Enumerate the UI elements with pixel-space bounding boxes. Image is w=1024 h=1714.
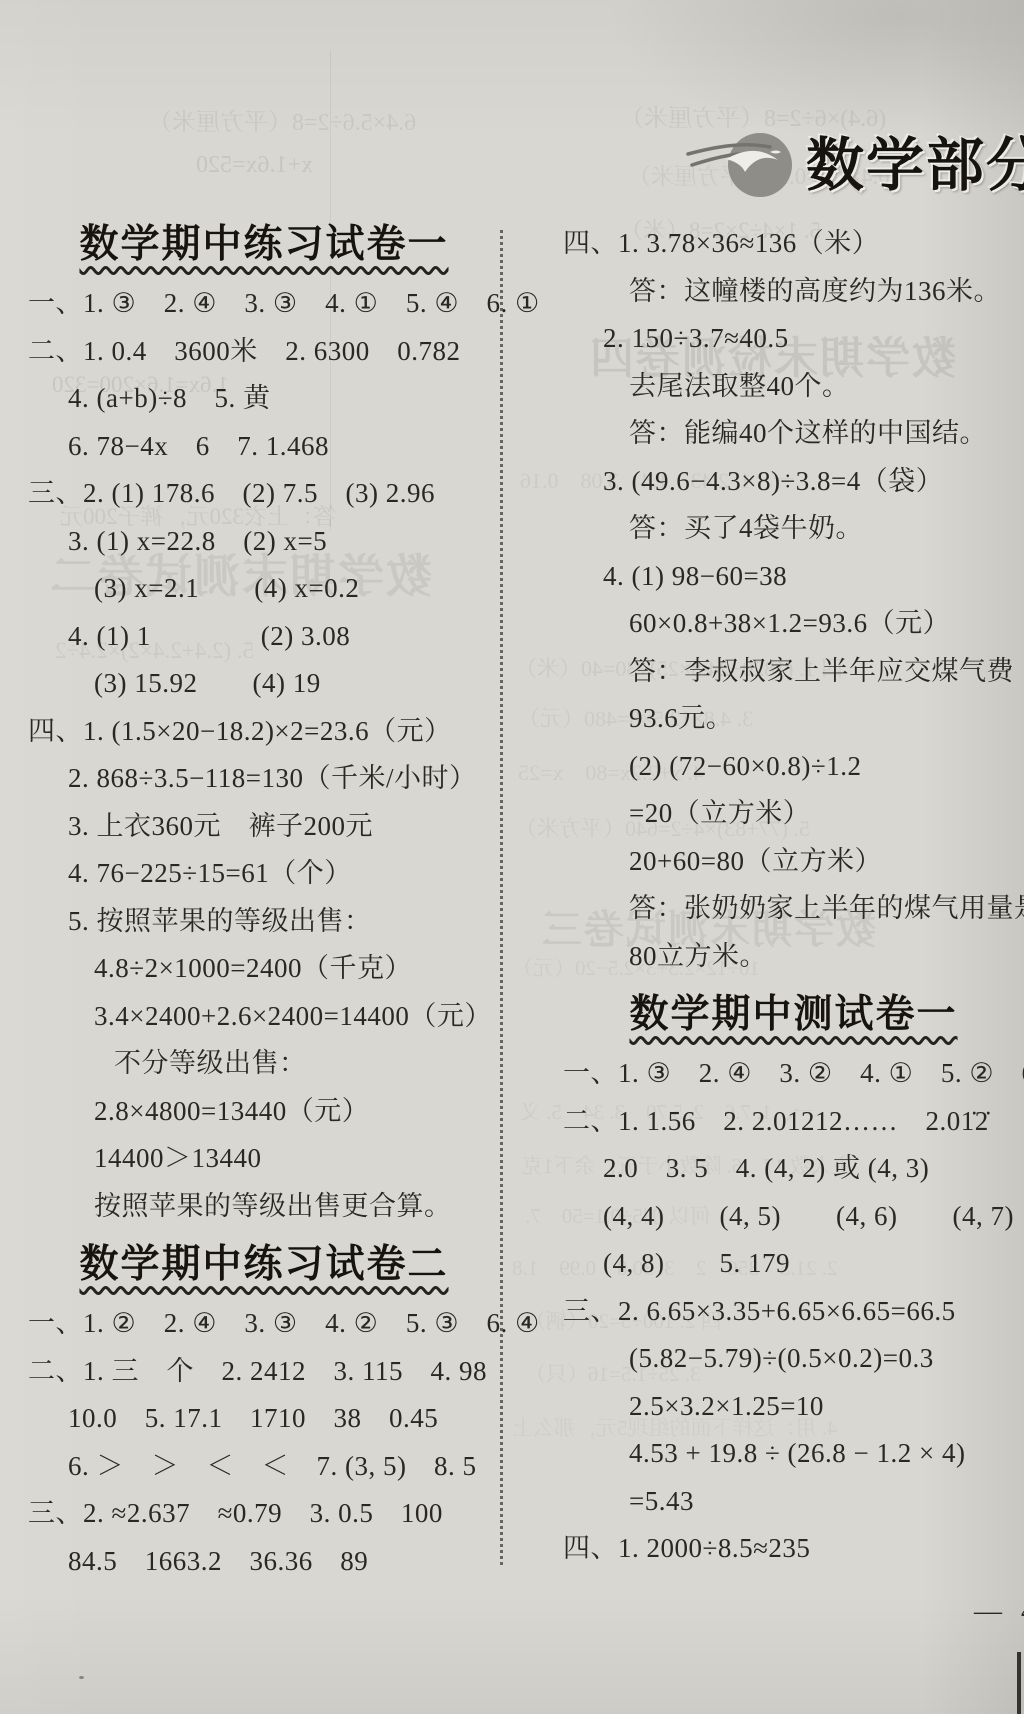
answer-line: (5.82−5.79)÷(0.5×0.2)=0.3 — [563, 1335, 1024, 1383]
answer-line: 四、1. (1.5×20−18.2)×2=23.6（元） — [28, 708, 500, 756]
right-column: 四、1. 3.78×36≈136（米）答：这幢楼的高度约为136米。2. 150… — [503, 210, 1024, 1573]
answer-line: 20+60=80（立方米） — [563, 838, 1024, 886]
bleed-through-text: x+1.6x=520 — [196, 152, 313, 179]
answer-line: 2.0 3. 5 4. (4, 2) 或 (4, 3) — [563, 1145, 1024, 1193]
answer-line: 二、1. 1.56 2. 2.01212…… 2.01̇2̇ — [563, 1098, 1024, 1146]
column-divider — [500, 230, 503, 1565]
answer-line: 5. 按照苹果的等级出售： — [28, 898, 500, 946]
answer-line: 三、2. (1) 178.6 (2) 7.5 (3) 2.96 — [28, 470, 500, 518]
answer-line: 三、2. ≈2.637 ≈0.79 3. 0.5 100 — [28, 1490, 500, 1538]
answer-line: 6. 78−4x 6 7. 1.468 — [28, 423, 500, 471]
answer-line: 4.53 + 19.8 ÷ (26.8 − 1.2 × 4) — [563, 1430, 1024, 1478]
answer-line: 2. 150÷3.7≈40.5 — [563, 315, 1024, 363]
answer-line: 不分等级出售： — [28, 1040, 500, 1088]
answer-line: 三、2. 6.65×3.35+6.65×6.65=66.5 — [563, 1288, 1024, 1336]
answer-line: 答：张奶奶家上半年的煤气用量是 — [563, 885, 1024, 933]
section-heading: 数学期中练习试卷一 — [28, 220, 500, 270]
answer-line: (2) (72−60×0.8)÷1.2 — [563, 743, 1024, 791]
answer-line: 3. (49.6−4.3×8)÷3.8=4（袋） — [563, 458, 1024, 506]
swoosh-bird-logo-icon — [684, 120, 810, 206]
bleed-through-text: 6.4×5.6÷2=8（平方厘米） — [148, 102, 416, 137]
section-heading-text: 数学期中练习试卷一 — [79, 222, 448, 267]
answer-line: 答：能编40个这样的中国结。 — [563, 410, 1024, 458]
answer-line: (4, 4) (4, 5) (4, 6) (4, 7) — [563, 1193, 1024, 1241]
scan-speck — [73, 1412, 76, 1415]
book-edge-line — [1017, 1652, 1021, 1714]
section-heading: 数学期中练习试卷二 — [28, 1240, 500, 1290]
answer-line: 3.4×2400+2.6×2400=14400（元） — [28, 993, 500, 1041]
answer-line: 84.5 1663.2 36.36 89 — [28, 1538, 500, 1586]
answer-line: (3) x=2.1 (4) x=0.2 — [28, 565, 500, 613]
answer-line: 10.0 5. 17.1 1710 38 0.45 — [28, 1395, 500, 1443]
scan-speck — [79, 1676, 84, 1679]
answer-line: 14400＞13440 — [28, 1135, 500, 1183]
answer-line: 去尾法取整40个。 — [563, 363, 1024, 411]
page-title: 数学部分 — [806, 118, 1024, 202]
answer-line: 四、1. 3.78×36≈136（米） — [563, 220, 1024, 268]
section-heading: 数学期中测试卷一 — [563, 990, 1024, 1040]
answer-line: 4. (1) 98−60=38 — [563, 553, 1024, 601]
answer-line: 一、1. ③ 2. ④ 3. ③ 4. ① 5. ④ 6. ① — [28, 280, 500, 328]
answer-line: 一、1. ② 2. ④ 3. ③ 4. ② 5. ③ 6. ④ — [28, 1300, 500, 1348]
answer-line: 二、1. 三 个 2. 2412 3. 115 4. 98 — [28, 1348, 500, 1396]
answer-line: (3) 15.92 (4) 19 — [28, 660, 500, 708]
answer-line: (4, 8) 5. 179 — [563, 1240, 1024, 1288]
answer-line: 3. (1) x=22.8 (2) x=5 — [28, 518, 500, 566]
answer-line: 2.5×3.2×1.25=10 — [563, 1383, 1024, 1431]
section-heading-text: 数学期中测试卷一 — [629, 992, 957, 1037]
answer-line: 3. 上衣360元 裤子200元 — [28, 803, 500, 851]
answer-line: 4. (a+b)÷8 5. 黄 — [28, 375, 500, 423]
answer-line: 一、1. ③ 2. ④ 3. ② 4. ① 5. ② 6. ③ — [563, 1050, 1024, 1098]
answer-line: 四、1. 2000÷8.5≈235 — [563, 1525, 1024, 1573]
answer-line: 6. ＞ ＞ ＜ ＜ 7. (3, 5) 8. 5 — [28, 1443, 500, 1491]
scanned-answer-page: 6.4×5.6÷2=8（平方厘米）x+1.6x=520(6.4)×6÷2=8（平… — [0, 0, 1024, 1714]
left-column: 数学期中练习试卷一一、1. ③ 2. ④ 3. ③ 4. ① 5. ④ 6. ①… — [28, 210, 500, 1585]
answer-line: 60×0.8+38×1.2=93.6（元） — [563, 600, 1024, 648]
answer-line: 答：买了4袋牛奶。 — [563, 505, 1024, 553]
answer-line: 4. 76−225÷15=61（个） — [28, 850, 500, 898]
page-number: — 4 — [974, 1596, 1024, 1628]
answer-columns: 数学期中练习试卷一一、1. ③ 2. ④ 3. ③ 4. ① 5. ④ 6. ①… — [28, 210, 1024, 1585]
answer-line: 80立方米。 — [563, 933, 1024, 981]
answer-line: =5.43 — [563, 1478, 1024, 1526]
answer-line: 二、1. 0.4 3600米 2. 6300 0.782 — [28, 328, 500, 376]
answer-line: =20（立方米） — [563, 790, 1024, 838]
answer-line: 2. 868÷3.5−118=130（千米/小时） — [28, 755, 500, 803]
answer-line: 2.8×4800=13440（元） — [28, 1088, 500, 1136]
answer-line: 答：李叔叔家上半年应交煤气费 — [563, 648, 1024, 696]
answer-line: 93.6元。 — [563, 695, 1024, 743]
answer-line: 4. (1) 1 (2) 3.08 — [28, 613, 500, 661]
answer-line: 4.8÷2×1000=2400（千克） — [28, 945, 500, 993]
section-heading-text: 数学期中练习试卷二 — [79, 1242, 448, 1287]
answer-line: 答：这幢楼的高度约为136米。 — [563, 268, 1024, 316]
answer-line: 按照苹果的等级出售更合算。 — [28, 1183, 500, 1231]
